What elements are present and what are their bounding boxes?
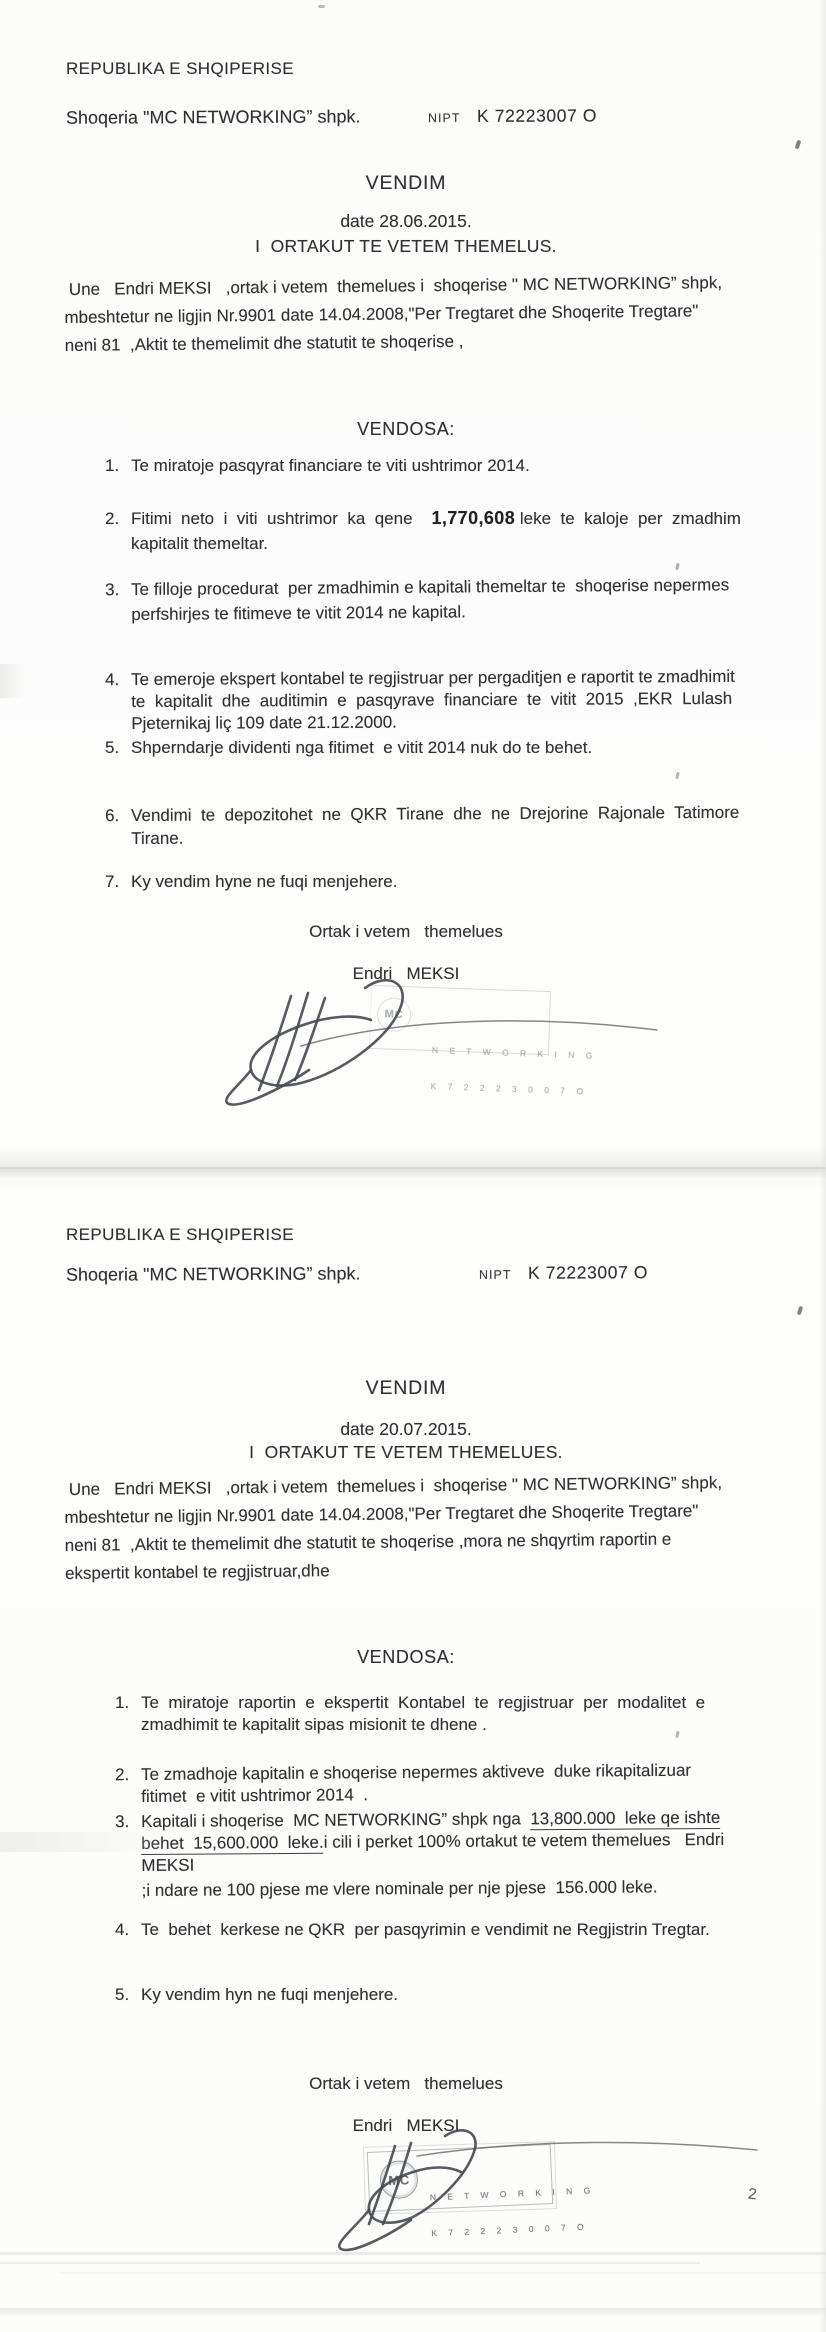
company-line-p1: Shoqeria "MC NETWORKING” shpk. NIPT K 72… [0,104,826,134]
item-number: 7. [105,871,119,893]
decision-date-p1: date 28.06.2015. [0,211,812,232]
item-line: behet 15,600.000 leke.i cili i perket 10… [141,1829,781,1855]
nipt-value-p2: K 72223007 O [528,1262,648,1284]
scanned-document: REPUBLIKA E SHQIPERISE Shoqeria "MC NETW… [0,0,826,2332]
intro-paragraph-p2: Une Endri MEKSI ,ortak i vetem themelues… [64,1469,723,1588]
scan-speck [675,563,680,571]
item-number: 2. [115,1764,129,1786]
republic-header-p1: REPUBLIKA E SHQIPERISE [66,59,294,79]
nipt-label-p1: NIPT [428,111,461,125]
list-item-1-p2: 1. Te miratoje raportin e ekspertit Kont… [141,1692,781,1736]
item-number: 2. [105,506,119,531]
item-line: Fitimi neto i viti ushtrimor ka qene 1,7… [131,506,771,531]
item-number: 1. [105,455,119,477]
scan-streak [0,2252,826,2255]
capital-text-before: Kapitali i shoqerise MC NETWORKING” shpk… [141,1809,530,1831]
company-name-p2: Shoqeria "MC NETWORKING” shpk. [66,1263,361,1285]
scan-speck [318,5,325,8]
list-item-7-p1: 7. Ky vendim hyne ne fuqi menjehere. [131,871,771,893]
item-line: Ky vendim hyn ne fuqi menjehere. [141,1984,781,2006]
intro-line: ekspertit kontabel te regjistruar,dhe [65,1553,723,1588]
decision-title-p1: VENDIM [0,172,812,195]
item-line: kapitalit themeltar. [131,531,771,556]
item-number: 4. [115,1919,129,1941]
scan-edge-shadow [820,0,826,2332]
list-item-6-p1: 6. Vendimi te depozitohet ne QKR Tirane … [131,801,771,850]
item-number: 5. [105,737,119,759]
vendosa-heading-p1: VENDOSA: [0,419,812,440]
scan-streak [60,2272,826,2274]
list-item-3-p1: 3. Te filloje procedurat per zmadhimin e… [131,572,771,627]
scan-streak [0,1832,170,1852]
scan-bottom-shadow [0,2308,826,2317]
item-line: MEKSI [141,1851,781,1877]
intro-paragraph-p1: Une Endri MEKSI ,ortak i vetem themelues… [64,269,723,360]
old-capital-underlined: 13,800.000 leke qe ishte [530,1808,720,1830]
item-line: zmadhimit te kapitalit sipas misionit te… [141,1714,781,1736]
item-line: Te miratoje pasqyrat financiare te viti … [131,455,771,477]
list-item-4-p1: 4. Te emeroje ekspert kontabel te regjis… [131,666,771,735]
item-number: 3. [105,577,119,602]
net-profit-amount: 1,770,608 [431,508,515,528]
page-break-line [0,1167,826,1169]
item-line: Te behet kerkese ne QKR per pasqyrimin e… [141,1919,781,1941]
item-line: Vendimi te depozitohet ne QKR Tirane dhe… [131,801,771,827]
scan-streak [0,2262,700,2264]
list-item-2-p1: 2. Fitimi neto i viti ushtrimor ka qene … [131,506,771,556]
scan-speck [675,772,680,780]
item-number: 5. [115,1984,129,2006]
item-number: 3. [115,1811,129,1833]
list-item-3-p2: 3. Kapitali i shoqerise MC NETWORKING” s… [141,1807,782,1902]
item-number: 1. [115,1692,129,1714]
item-line: ;i ndare ne 100 pjese me vlere nominale … [141,1876,781,1902]
profit-text-after: leke te kaloje per zmadhim [515,509,741,528]
list-item-5-p1: 5. Shperndarje dividenti nga fitimet e v… [131,737,771,759]
item-line: perfshirjes te fitimeve te vitit 2014 ne… [131,597,771,627]
closing-role-p1: Ortak i vetem themelues [0,922,812,942]
decision-title-p2: VENDIM [0,1377,812,1400]
list-item-5-p2: 5. Ky vendim hyn ne fuqi menjehere. [141,1984,781,2006]
item-line: Pjeternikaj liç 109 date 21.12.2000. [131,710,771,735]
item-line: te kapitalit dhe auditimin e pasqyrave f… [131,688,771,713]
item-line: Ky vendim hyne ne fuqi menjehere. [131,871,771,893]
scan-speck [797,1306,804,1316]
scan-speck [795,140,802,150]
item-number: 6. [105,804,119,827]
item-line: fitimet e vitit ushtrimor 2014 . [141,1781,781,1808]
item-line: Te miratoje raportin e ekspertit Kontabe… [141,1692,781,1714]
list-item-4-p2: 4. Te behet kerkese ne QKR per pasqyrimi… [141,1919,781,1941]
item-line: Te filloje procedurat per zmadhimin e ka… [131,572,771,602]
decision-date-p2: date 20.07.2015. [0,1419,812,1440]
signature-p1 [205,972,665,1112]
decision-subtitle-p1: I ORTAKUT TE VETEM THEMELUS. [0,236,812,257]
company-name-p1: Shoqeria "MC NETWORKING” shpk. [66,106,361,128]
decision-subtitle-p2: I ORTAKUT TE VETEM THEMELUES. [0,1442,812,1463]
nipt-label-p2: NIPT [479,1268,512,1282]
capital-text-after: i cili i perket 100% ortakut te vetem th… [324,1830,725,1852]
list-item-1-p1: 1. Te miratoje pasqyrat financiare te vi… [131,455,771,477]
closing-role-p2: Ortak i vetem themelues [0,2074,812,2094]
company-line-p2: Shoqeria "MC NETWORKING” shpk. NIPT K 72… [0,1261,826,1291]
republic-header-p2: REPUBLIKA E SHQIPERISE [66,1225,294,1245]
vendosa-heading-p2: VENDOSA: [0,1647,812,1668]
list-item-2-p2: 2. Te zmadhoje kapitalin e shoqerise nep… [141,1759,781,1808]
intro-line: neni 81 ,Aktit te themelimit dhe statuti… [65,325,723,360]
item-line: Shperndarje dividenti nga fitimet e viti… [131,737,771,759]
scan-streak [0,664,26,698]
profit-text-before: Fitimi neto i viti ushtrimor ka qene [131,509,431,528]
signature-p2 [325,2126,765,2256]
nipt-value-p1: K 72223007 O [477,105,597,127]
item-number: 4. [105,669,119,691]
page-number: 2 [747,2186,757,2205]
item-line: Tirane. [131,824,771,850]
